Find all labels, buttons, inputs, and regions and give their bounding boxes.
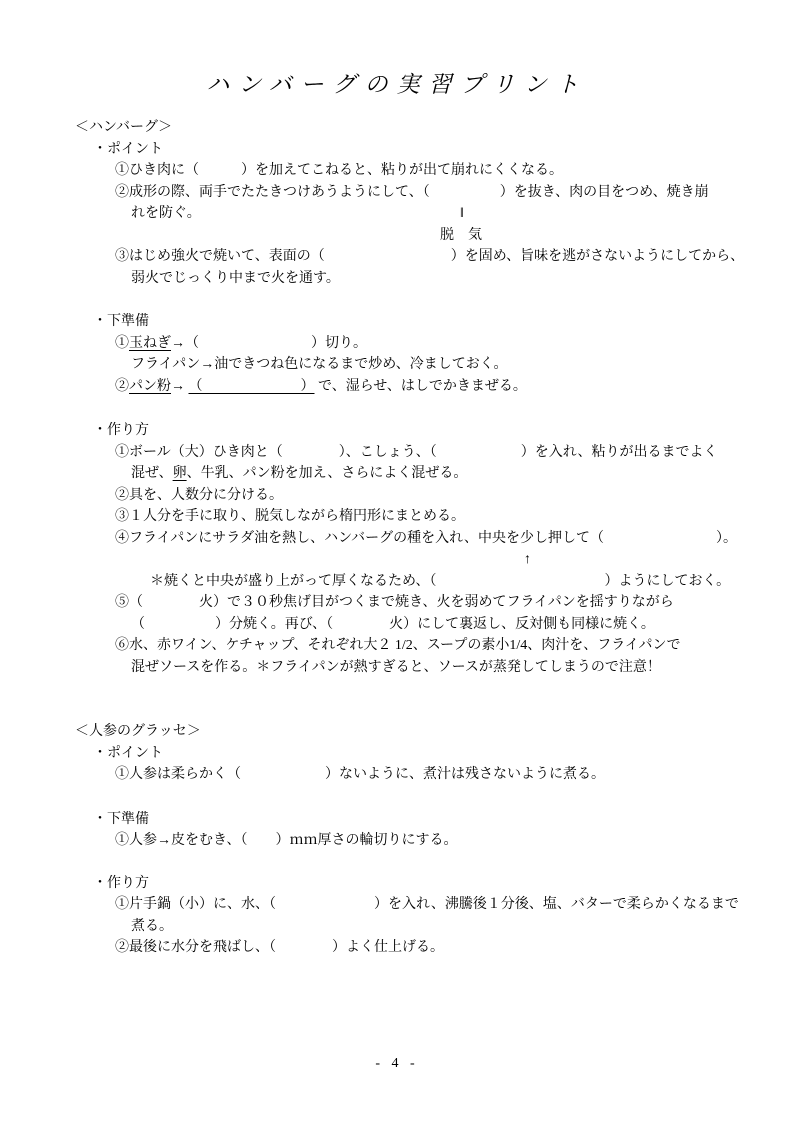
prep-item-2-arrow: →	[171, 379, 189, 394]
label-hamburger-prep: ・下準備	[0, 311, 794, 333]
prep-item-2-number: ②	[115, 379, 129, 394]
prep-item-1-underlined-onion: 玉ねぎ	[129, 336, 171, 351]
hamburger-make-item-5-cont: （ ）分焼く。再び、（ 火）にして裏返し、反対側も同様に焼く。	[0, 614, 794, 636]
hamburger-make-item-6-cont: 混ぜソースを作る。＊フライパンが熱すぎると、ソースが蒸発してしまうので注意！	[0, 657, 794, 679]
label-carrot-point: ・ポイント	[0, 743, 794, 765]
carrot-point-item-1: ①人参は柔らかく（ ）ないように、煮汁は残さないように煮る。	[0, 764, 794, 786]
hamburger-make-item-5: ⑤（ 火）で３０秒焦げ目がつくまで焼き、火を弱めてフライパンを揺すりながら	[0, 592, 794, 614]
label-carrot-prep: ・下準備	[0, 809, 794, 831]
prep-item-2-rest: で、湿らせ、はしでかきまぜる。	[315, 379, 527, 394]
section-heading-carrot-glace: ＜人参のグラッセ＞	[0, 721, 794, 743]
label-carrot-make: ・作り方	[0, 873, 794, 895]
hamburger-make-item-4: ④フライパンにサラダ油を熱し、ハンバーグの種を入れ、中央を少し押して（ ）。	[0, 528, 794, 550]
hamburger-prep-item-1: ①玉ねぎ→（ ）切り。	[0, 333, 794, 355]
make-item-1-cont-pre: 混ぜ、	[131, 466, 173, 481]
hamburger-make-item-2: ②具を、人数分に分ける。	[0, 485, 794, 507]
document-body: ＜ハンバーグ＞ ・ポイント ①ひき肉に（ ）を加えてこねると、粘りが出て崩れにく…	[0, 117, 794, 959]
hamburger-point-item-1: ①ひき肉に（ ）を加えてこねると、粘りが出て崩れにくくなる。	[0, 160, 794, 182]
hamburger-prep-item-1b: フライパン→油できつね色になるまで炒め、冷ましておく。	[0, 354, 794, 376]
make-item-1-cont-post: 、牛乳、パン粉を加え、さらによく混ぜる。	[187, 466, 468, 481]
equals-mark: ‖	[460, 203, 464, 225]
hamburger-make-item-6: ⑥水、赤ワイン、ケチャップ、それぞれ大２ 1/2、スープの素小1/4、肉汁を、フ…	[0, 635, 794, 657]
worksheet-page: ハンバーグの実習プリント ＜ハンバーグ＞ ・ポイント ①ひき肉に（ ）を加えてこ…	[0, 0, 794, 1123]
deaeration-label: 脱 気	[0, 225, 794, 247]
carrot-make-item-2: ②最後に水分を飛ばし、（ ）よく仕上げる。	[0, 937, 794, 959]
hamburger-make-note: ＊焼くと中央が盛り上がって厚くなるため、（ ）ようにしておく。	[0, 571, 794, 593]
hamburger-point-item-3: ③はじめ強火で焼いて、表面の（ ）を固め、旨味を逃がさないようにしてから、	[0, 246, 794, 268]
carrot-prep-item-1: ①人参→皮をむき、（ ）ｍｍ厚さの輪切りにする。	[0, 830, 794, 852]
hamburger-point-item-2-cont: れを防ぐ。‖	[0, 203, 794, 225]
prep-item-1-rest: →（ ）切り。	[171, 336, 367, 351]
prep-item-2-underlined-panko: パン粉	[129, 379, 171, 394]
carrot-make-item-1: ①片手鍋（小）に、水、（ ）を入れ、沸騰後１分後、塩、バターで柔らかくなるまで	[0, 894, 794, 916]
hamburger-point-item-3-cont: 弱火でじっくり中まで火を通す。	[0, 268, 794, 290]
label-hamburger-point: ・ポイント	[0, 139, 794, 161]
hamburger-point-item-2: ②成形の際、両手でたたきつけあうようにして、（ ）を抜き、肉の目をつめ、焼き崩	[0, 182, 794, 204]
up-arrow-mark: ↑	[0, 549, 794, 571]
carrot-make-item-1-cont: 煮る。	[0, 916, 794, 938]
hamburger-make-item-1-cont: 混ぜ、卵、牛乳、パン粉を加え、さらによく混ぜる。	[0, 463, 794, 485]
prep-item-1-number: ①	[115, 336, 129, 351]
section-heading-hamburger: ＜ハンバーグ＞	[0, 117, 794, 139]
page-number: - 4 -	[0, 1056, 794, 1072]
label-hamburger-make: ・作り方	[0, 420, 794, 442]
make-item-1-underlined-egg: 卵	[173, 466, 187, 481]
prep-item-2-underlined-blank: （ ）	[189, 379, 315, 394]
hamburger-point-item-2-cont-text: れを防ぐ。	[131, 206, 201, 221]
hamburger-make-item-1: ①ボール（大）ひき肉と（ ）、こしょう、（ ）を入れ、粘りが出るまでよく	[0, 442, 794, 464]
page-title: ハンバーグの実習プリント	[0, 66, 794, 99]
hamburger-prep-item-2: ②パン粉→ （ ） で、湿らせ、はしでかきまぜる。	[0, 376, 794, 398]
hamburger-make-item-3: ③１人分を手に取り、脱気しながら楕円形にまとめる。	[0, 506, 794, 528]
